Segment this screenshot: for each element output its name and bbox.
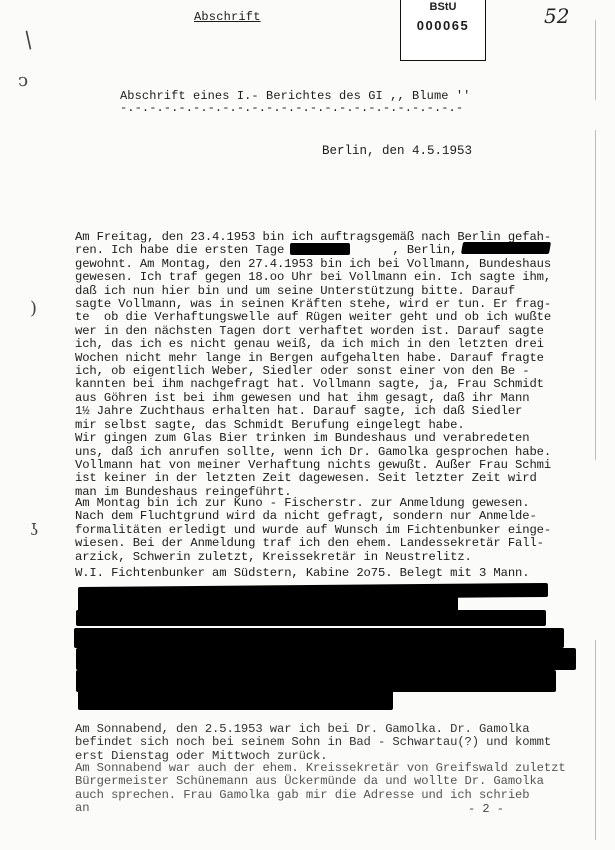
- redaction-bar: [74, 628, 564, 648]
- archive-stamp: BStU 000065: [400, 0, 486, 61]
- redaction-bar: [76, 610, 546, 626]
- header-label: Abschrift: [194, 10, 261, 24]
- paragraph: Am Sonnabend, den 2.5.1953 war ich bei D…: [75, 723, 551, 763]
- margin-line: [595, 130, 596, 460]
- margin-line: [595, 20, 596, 100]
- folio-number: 52: [544, 4, 569, 28]
- pen-mark-icon: ↄ: [18, 70, 28, 91]
- document-page: Abschrift BStU 000065 52 / ↄ ) ʖ Abschri…: [0, 0, 615, 850]
- redaction-bar: [290, 243, 350, 255]
- pen-mark-icon: /: [19, 28, 38, 53]
- margin-line: [595, 640, 596, 840]
- place-date: Berlin, den 4.5.1953: [322, 144, 472, 158]
- redaction-bar: [76, 670, 556, 692]
- redaction-bar: [76, 648, 576, 670]
- pen-mark-icon: ): [30, 298, 37, 319]
- paragraph: Am Montag bin ich zur Kuno - Fischerstr.…: [75, 497, 551, 564]
- page-number: - 2 -: [468, 802, 504, 816]
- paragraph: W.I. Fichtenbunker am Südstern, Kabine 2…: [75, 567, 529, 580]
- title-underline: -.-.-.-.-.-.-.-.-.-.-.-.-.-.-.-.-.-.-.-.…: [120, 101, 463, 115]
- redaction-bar: [78, 690, 393, 710]
- pen-mark-icon: ʖ: [30, 520, 39, 539]
- redaction-bar: [461, 242, 551, 254]
- paragraph: Am Freitag, den 23.4.1953 bin ich auftra…: [75, 231, 551, 499]
- stamp-number: 000065: [401, 18, 485, 33]
- stamp-organization: BStU: [401, 1, 485, 13]
